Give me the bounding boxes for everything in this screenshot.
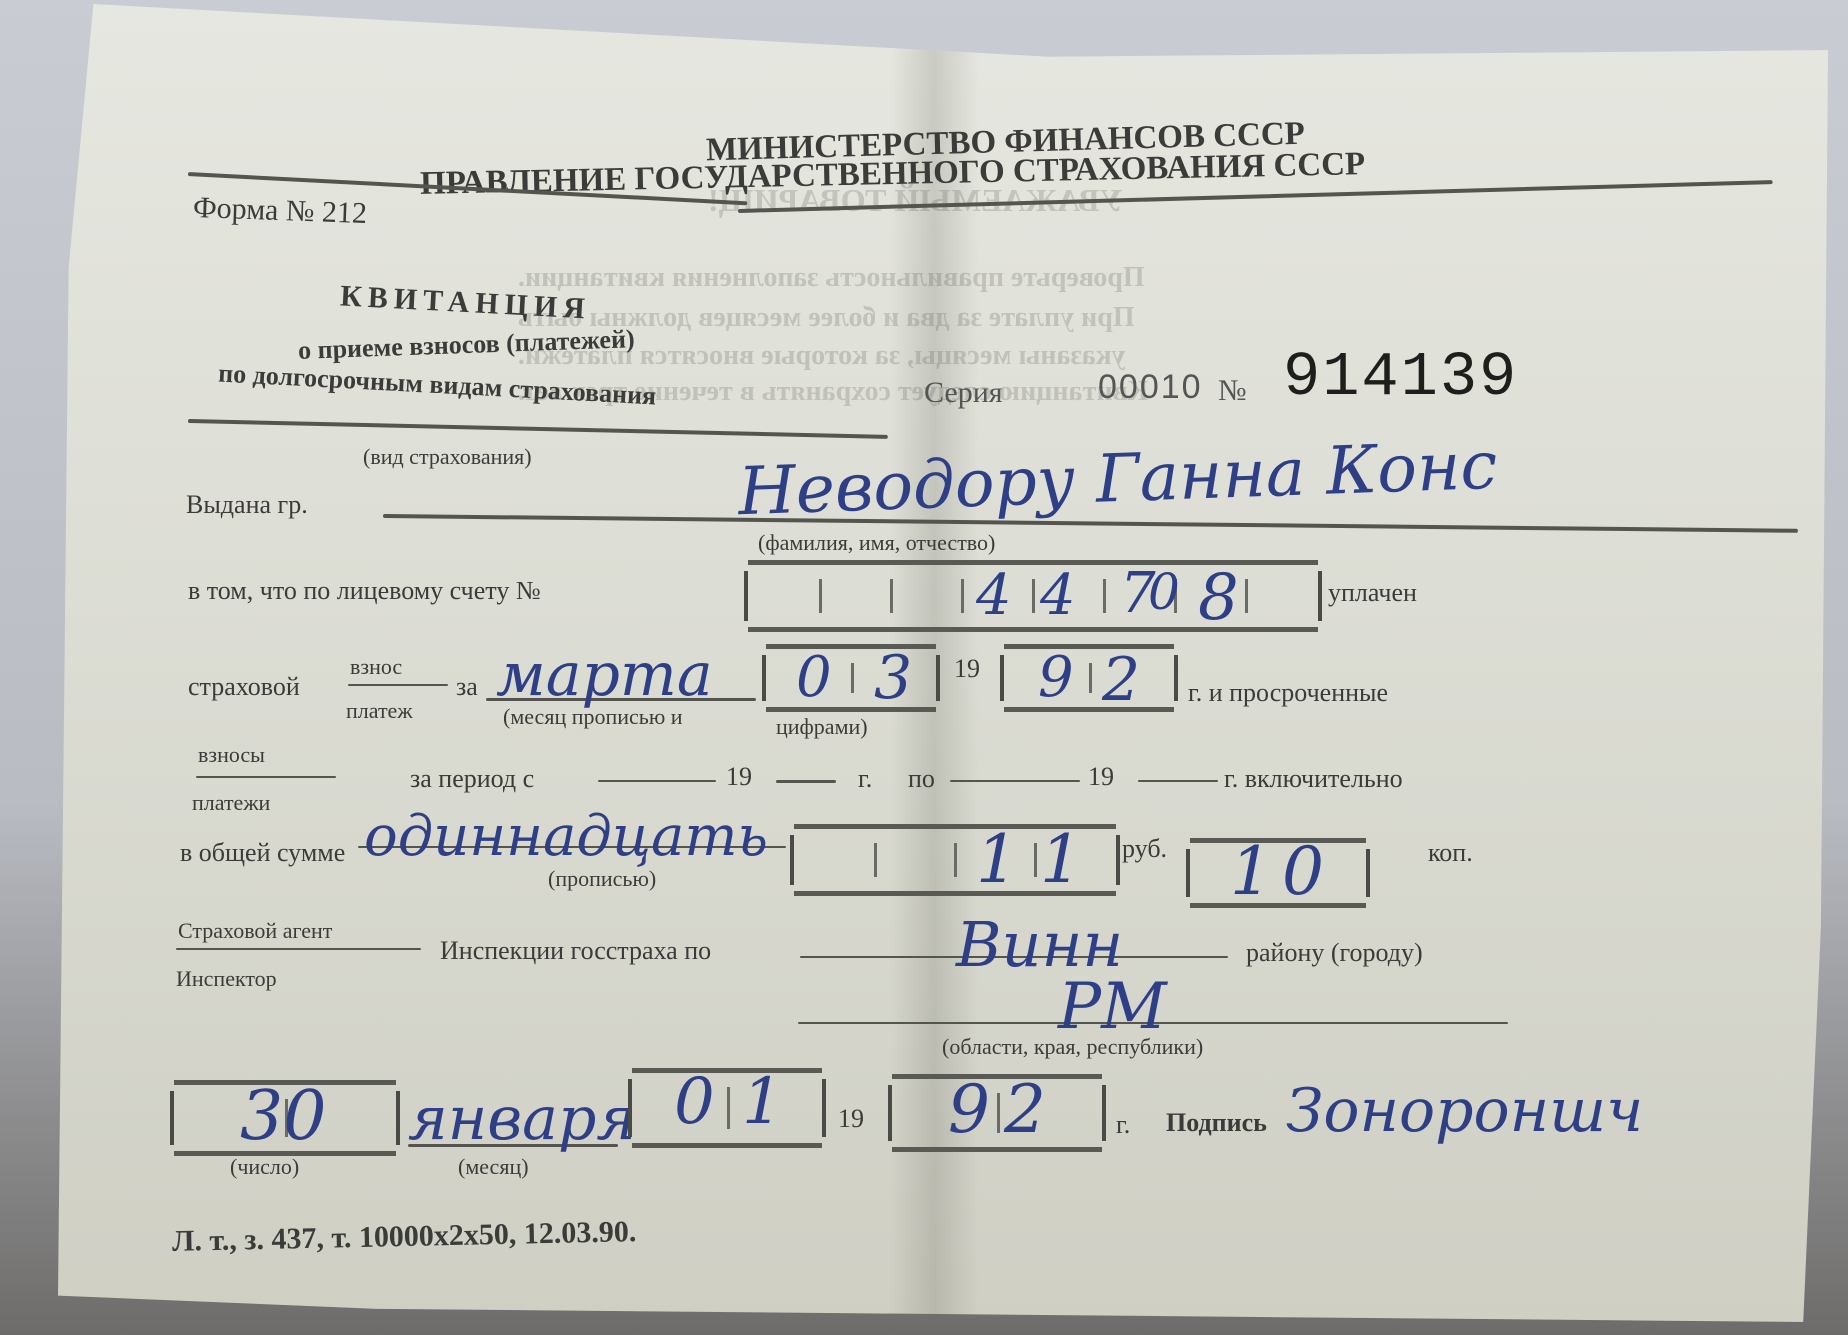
signature-label: Подпись (1166, 1108, 1267, 1138)
account-suffix: уплачен (1328, 578, 1417, 608)
period-year-label: г. (858, 764, 872, 794)
period-from-label: за период с (410, 764, 534, 794)
month-caption: (месяц) (458, 1154, 529, 1180)
inspector-label: Инспектор (176, 966, 277, 992)
month-digit: 0 (796, 645, 832, 710)
total-label: в общей сумме (180, 838, 345, 868)
rubles-box: 1 1 (794, 824, 1116, 896)
series-value: 00010 (1098, 368, 1203, 407)
period-inclusive: г. включительно (1224, 764, 1403, 794)
bleed-through-line: Проверьте правильность заполнения квитан… (518, 262, 1145, 294)
overdue-type-top: взносы (198, 742, 265, 768)
kopecks-digit: 1 (1230, 833, 1272, 910)
account-digit: 4 (976, 563, 1012, 628)
rubles-digit: 1 (1040, 821, 1082, 898)
payment-month-digits-box: 0 3 (766, 644, 936, 712)
date-year-digit: 2 (1004, 1071, 1046, 1148)
payment-year-digits-box: 9 2 (1004, 644, 1174, 712)
kopecks-digit: 0 (1282, 833, 1324, 910)
number-label: № (1218, 374, 1247, 408)
for-label: за (456, 672, 478, 702)
date-year-digit: 9 (948, 1071, 990, 1148)
receipt-paper: УВАЖАЕМЫЙ ТОВАРИЩ! Проверьте правильност… (58, 4, 1828, 1322)
signature-value: Зонороншч (1286, 1076, 1643, 1146)
month-caption-1: (месяц прописью и (503, 704, 683, 730)
inspection-label: Инспекции госстраха по (440, 936, 711, 966)
total-caption: (прописью) (548, 866, 656, 892)
account-digit: 8 (1198, 561, 1239, 635)
date-month-digits-box: 0 1 (632, 1068, 822, 1148)
year-digit: 9 (1038, 645, 1074, 710)
region-caption: (области, края, республики) (942, 1034, 1203, 1060)
receipt-number: 914139 (1283, 342, 1518, 413)
issued-to-label: Выдана гр. (186, 490, 308, 520)
period-to-label: по (908, 764, 935, 794)
rubles-digit: 1 (976, 821, 1018, 898)
account-label: в том, что по лицевому счету № (188, 576, 541, 606)
account-number-box: 4 4 7 0 8 (748, 560, 1318, 632)
district-suffix: району (городу) (1246, 938, 1423, 968)
kopecks-label: коп. (1428, 838, 1473, 868)
form-number: Форма № 212 (192, 191, 367, 231)
region-value: РМ (1058, 970, 1167, 1044)
period-century-2: 19 (1088, 762, 1114, 792)
year-digit: 2 (1102, 645, 1140, 715)
payment-type-bottom: платеж (346, 698, 413, 724)
date-month-digit: 0 (674, 1065, 715, 1139)
date-year-label: г. (1116, 1110, 1130, 1140)
total-written: одиннадцать (364, 804, 768, 869)
account-digit: 0 (1148, 563, 1180, 621)
date-year-digits-box: 9 2 (892, 1074, 1102, 1152)
date-day-value: 30 (240, 1077, 327, 1156)
period-century-1: 19 (726, 762, 752, 792)
issued-to-caption: (фамилия, имя, отчество) (758, 530, 995, 556)
payment-type-top: взнос (350, 654, 402, 680)
payment-month-written: марта (496, 640, 713, 710)
payment-prefix: страховой (188, 672, 300, 702)
print-info: Л. т., з. 437, т. 10000х2х50, 12.03.90. (172, 1215, 637, 1259)
insurance-type-line (188, 419, 888, 439)
issued-to-value: Неводору Ганна Конс (737, 427, 1499, 530)
date-month-written: января (408, 1084, 636, 1154)
date-day-box: 30 (174, 1080, 396, 1156)
payment-century: 19 (954, 654, 980, 684)
day-caption: (число) (230, 1154, 299, 1180)
insurance-type-caption: (вид страхования) (363, 444, 532, 470)
rubles-label: руб. (1122, 834, 1167, 864)
account-digit: 4 (1040, 563, 1076, 628)
month-caption-2: цифрами) (776, 714, 868, 740)
overdue-type-bottom: платежи (192, 790, 270, 816)
date-month-digit: 1 (742, 1065, 783, 1139)
month-digit: 3 (874, 643, 912, 713)
kopecks-box: 1 0 (1190, 838, 1366, 908)
series-label: Серия (924, 376, 1003, 410)
date-century: 19 (838, 1104, 864, 1134)
overdue-suffix: г. и просроченные (1188, 678, 1388, 708)
agent-label: Страховой агент (178, 918, 332, 944)
